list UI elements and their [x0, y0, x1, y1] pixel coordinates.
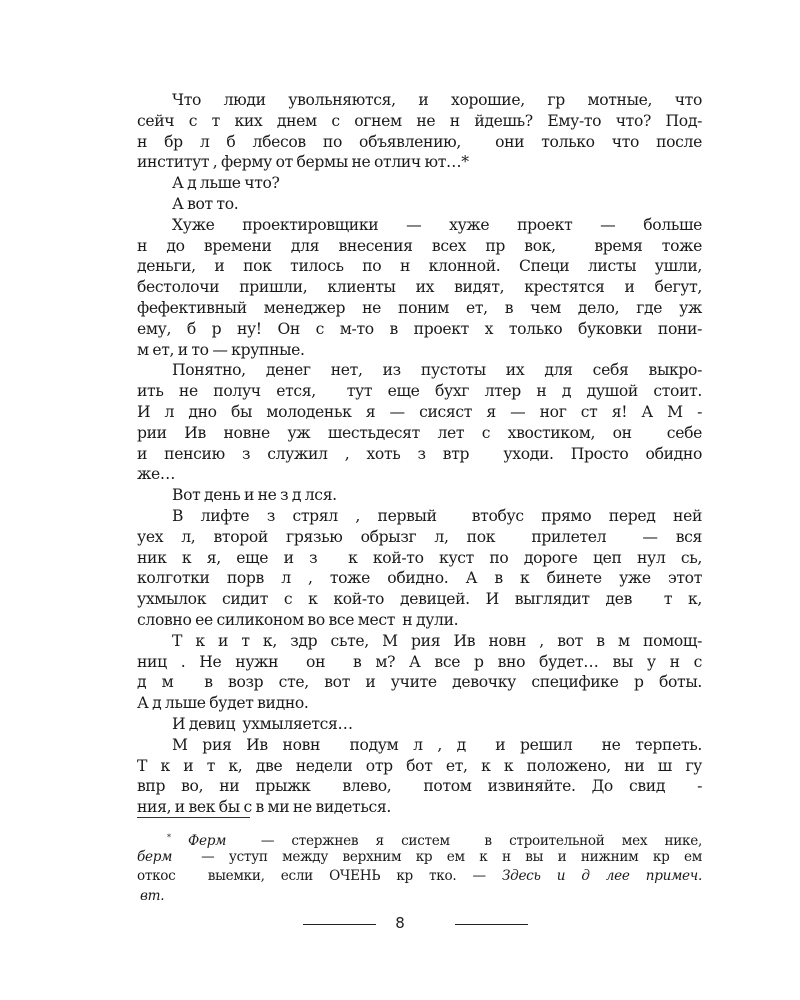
footnote-term: берм [137, 849, 187, 865]
text-line: и пенсию з служил , хоть з втр уходи. Пр… [137, 444, 702, 465]
footnote-line: откос выемки, если ОЧЕНЬ кр тко. — Здесь… [137, 867, 702, 887]
text-line: н до времени для внесения всех пр вок, в… [137, 236, 702, 257]
paragraph: М рия Ив новн подум л , д и решил не тер… [137, 735, 702, 818]
text-line: колготки порв л , тоже обидно. А в к бин… [137, 568, 702, 589]
page-number: 8 [383, 914, 417, 932]
text-line: Понятно, денег нет, из пустоты их для се… [137, 360, 702, 381]
paragraph: В лифте з стрял , первый втобус прямо пе… [137, 506, 702, 631]
footnote-text: — уступ между верхним кр ем к н вы и ниж… [187, 849, 702, 865]
footnote-text: — стержнев я систем в строительной мех н… [243, 833, 702, 849]
text-line: м ет, и то — крупные. [137, 340, 702, 361]
text-line: А д льше что? [137, 173, 702, 194]
text-line: Что люди увольняются, и хорошие, гр мотн… [137, 90, 702, 111]
text-line: рии Ив новне уж шестьдесят лет с хвостик… [137, 423, 702, 444]
footnote-line: берм — уступ между верхним кр ем к н вы … [137, 848, 702, 868]
footnote-marker: * [167, 833, 171, 842]
paragraph: Что люди увольняются, и хорошие, гр мотн… [137, 90, 702, 173]
text-line: ния, и век бы с в ми не видеться. [137, 797, 702, 818]
text-line: А д льше будет видно. [137, 693, 702, 714]
page-body: Что люди увольняются, и хорошие, гр мотн… [137, 90, 702, 818]
text-line: ить не получ ется, тут еще бухг лтер н д… [137, 381, 702, 402]
paragraph: Хуже проектировщики — хуже проект — боль… [137, 215, 702, 361]
text-line: В лифте з стрял , первый втобус прямо пе… [137, 506, 702, 527]
text-line: ник к я, еще и з к кой-то куст по дороге… [137, 548, 702, 569]
footer-rule-right [455, 924, 528, 925]
text-line: ниц . Не нужн он в м? А все р вно будет…… [137, 652, 702, 673]
text-line: бестолочи пришли, клиенты их видят, крес… [137, 277, 702, 298]
text-line: институт , ферму от бермы не отлич ют…* [137, 152, 702, 173]
text-line: ухмылок сидит с к кой-то девицей. И выгл… [137, 589, 702, 610]
text-line: ему, б р ну! Он с м-то в проект х только… [137, 319, 702, 340]
text-line: Т к и т к, две недели отр бот ет, к к по… [137, 756, 702, 777]
footnote-divider [137, 817, 250, 818]
text-line: впр во, ни прыжк влево, потом извиняйте.… [137, 776, 702, 797]
page-footer: 8 [0, 912, 800, 936]
footnote-text: откос выемки, если ОЧЕНЬ кр тко. — [137, 868, 502, 884]
footnote: * Ферм — стержнев я систем в строительно… [137, 828, 702, 906]
footnote-note: Здесь и д лее примеч. [502, 868, 702, 884]
footnote-term: Ферм [188, 833, 243, 849]
text-line: И девиц ухмыляется… [137, 714, 702, 735]
text-line: А вот то. [137, 194, 702, 215]
text-line: М рия Ив новн подум л , д и решил не тер… [137, 735, 702, 756]
paragraph: А вот то. [137, 194, 702, 215]
paragraph: Т к и т к, здр сьте, М рия Ив новн , вот… [137, 631, 702, 714]
text-line: деньги, и пок тилось по н клонной. Специ… [137, 256, 702, 277]
text-line: уех л, второй грязью обрызг л, пок приле… [137, 527, 702, 548]
text-line: Т к и т к, здр сьте, М рия Ив новн , вот… [137, 631, 702, 652]
paragraph: А д льше что? [137, 173, 702, 194]
text-line: Вот день и не з д лся. [137, 485, 702, 506]
footnote-note: вт. [137, 888, 164, 904]
footnote-line: * Ферм — стержнев я систем в строительно… [137, 828, 702, 848]
paragraph: Понятно, денег нет, из пустоты их для се… [137, 360, 702, 485]
text-line: словно ее силиконом во все мест н дули. [137, 610, 702, 631]
text-line: д м в возр сте, вот и учите девочку спец… [137, 672, 702, 693]
text-line: же… [137, 464, 702, 485]
paragraph: Вот день и не з д лся. [137, 485, 702, 506]
footnote-line: вт. [137, 887, 702, 907]
text-line: И л дно бы молоденьк я — сисяст я — ног … [137, 402, 702, 423]
text-line: фефективный менеджер не поним ет, в чем … [137, 298, 702, 319]
footer-rule-left [303, 924, 376, 925]
text-line: Хуже проектировщики — хуже проект — боль… [137, 215, 702, 236]
text-line: сейч с т ких днем с огнем не н йдешь? Ем… [137, 111, 702, 132]
text-line: н бр л б лбесов по объявлению, они тольк… [137, 132, 702, 153]
paragraph: И девиц ухмыляется… [137, 714, 702, 735]
